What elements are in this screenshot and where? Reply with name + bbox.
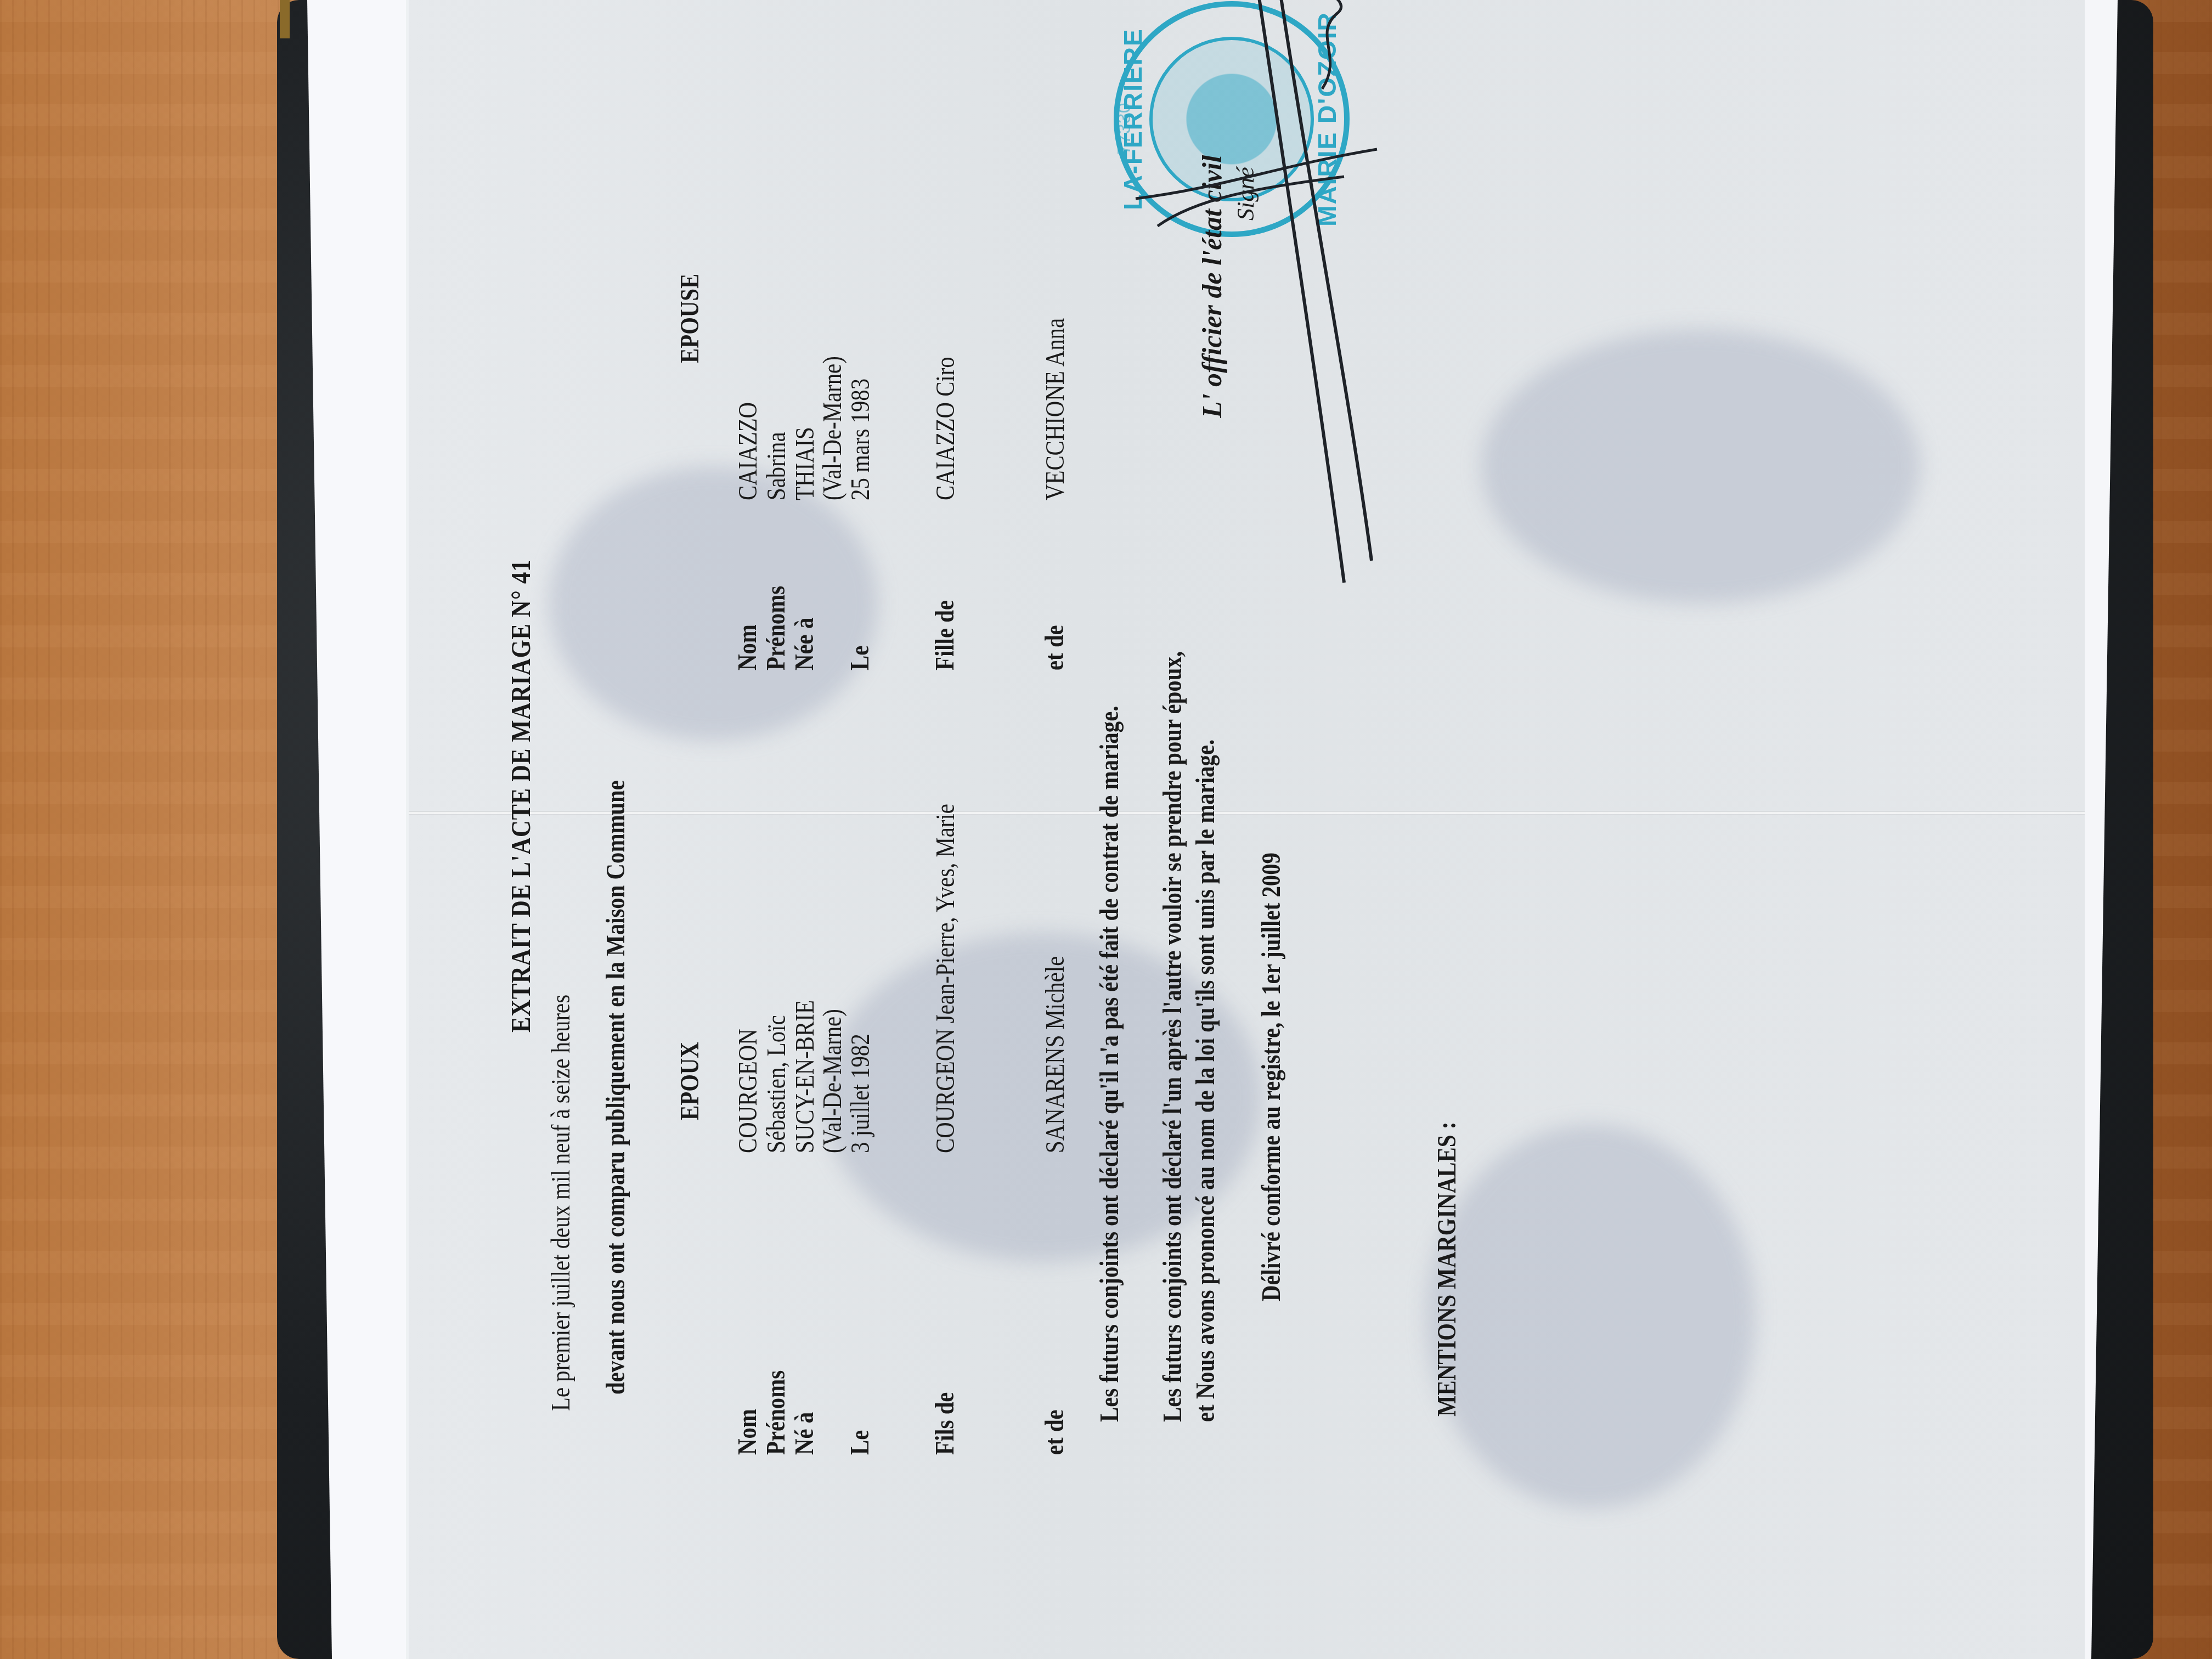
field-label: Prénoms bbox=[761, 1370, 791, 1455]
field-label: Nom bbox=[732, 1409, 763, 1455]
epouse-mere: VECCHIONE Anna bbox=[1040, 318, 1071, 500]
field-label: Nom bbox=[732, 624, 763, 670]
gilt-corner bbox=[280, 0, 290, 38]
epouse-departement: (Val-De-Marne) bbox=[817, 356, 849, 500]
field-label: Le bbox=[845, 1430, 875, 1455]
epoux-nom: COURGEON bbox=[732, 1029, 764, 1153]
declaration-pronounced: et Nous avons prononcé au nom de la loi … bbox=[1190, 740, 1221, 1422]
handwritten-signature bbox=[1114, 0, 1388, 583]
epoux-departement: (Val-De-Marne) bbox=[817, 1009, 849, 1153]
intro-line: Le premier juillet deux mil neuf à seize… bbox=[546, 995, 576, 1411]
delivered-date: Délivré conforme au registre, le 1er jui… bbox=[1256, 853, 1286, 1301]
epoux-header: EPOUX bbox=[675, 1042, 705, 1120]
document-title: EXTRAIT DE L'ACTE DE MARIAGE N° 41 bbox=[505, 560, 537, 1032]
epoux-mere: SANARENS Michèle bbox=[1040, 956, 1071, 1153]
field-label: Fils de bbox=[930, 1392, 960, 1455]
field-label: et de bbox=[1040, 625, 1070, 670]
epoux-prenoms: Sébastien, Loïc bbox=[761, 1015, 793, 1153]
epouse-header: EPOUSE bbox=[675, 274, 705, 363]
field-label: Le bbox=[845, 646, 875, 670]
intro-line: devant nous ont comparu publiquement en … bbox=[601, 780, 631, 1395]
field-label: Né à bbox=[789, 1412, 820, 1455]
marriage-certificate: EXTRAIT DE L'ACTE DE MARIAGE N° 41 Le pr… bbox=[483, 34, 1964, 1625]
epoux-date-naissance: 3 juillet 1982 bbox=[845, 1034, 877, 1153]
epouse-nom: CAIAZZO bbox=[732, 402, 764, 500]
field-label: Fille de bbox=[930, 600, 960, 670]
field-label: Prénoms bbox=[761, 586, 791, 670]
epouse-date-naissance: 25 mars 1983 bbox=[845, 379, 877, 500]
epouse-prenoms: Sabrina bbox=[761, 432, 793, 500]
field-label: et de bbox=[1040, 1409, 1070, 1455]
field-label: Née à bbox=[789, 618, 820, 670]
margin-mentions-heading: MENTIONS MARGINALES : bbox=[1432, 1122, 1462, 1417]
declaration-consent: Les futurs conjoints ont déclaré l'un ap… bbox=[1158, 651, 1188, 1422]
epouse-pere: CAIAZZO Ciro bbox=[930, 357, 962, 500]
epoux-pere: COURGEON Jean-Pierre, Yves, Marie bbox=[930, 804, 962, 1153]
declaration-no-contract: Les futurs conjoints ont déclaré qu'il n… bbox=[1094, 706, 1125, 1422]
